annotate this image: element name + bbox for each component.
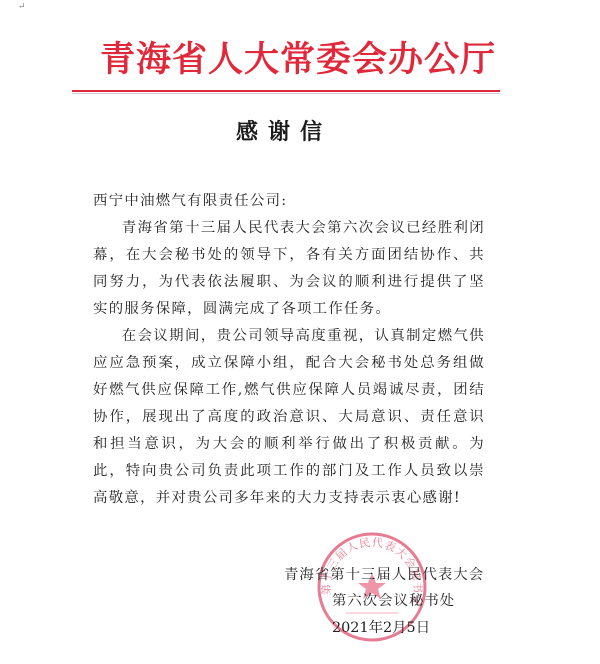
letterhead-title: 青海省人大常委会办公厅 [100, 40, 472, 80]
signature-date: 2021年2月5日 [332, 618, 430, 638]
salutation: 西宁中油燃气有限责任公司: [93, 188, 485, 215]
letter-body: 西宁中油燃气有限责任公司: 青海省第十三届人民代表大会第六次会议已经胜利闭幕，在… [93, 188, 485, 512]
letterhead-rule-shadow [72, 93, 500, 94]
signature-org-line-2: 第六次会议秘书处 [332, 591, 455, 611]
body-paragraph-2: 在会议期间，贵公司领导高度重视，认真制定燃气供应应急预案，成立保障小组，配合大会… [93, 323, 485, 512]
signature-org-line-1: 青海省第十三届人民代表大会 [284, 565, 484, 585]
document-title: 感谢信 [236, 118, 332, 146]
paragraph-mark-icon: ↵ [18, 2, 26, 12]
letterhead-red-rule [72, 90, 500, 92]
body-paragraph-1: 青海省第十三届人民代表大会第六次会议已经胜利闭幕，在大会秘书处的领导下，各有关方… [93, 215, 485, 323]
